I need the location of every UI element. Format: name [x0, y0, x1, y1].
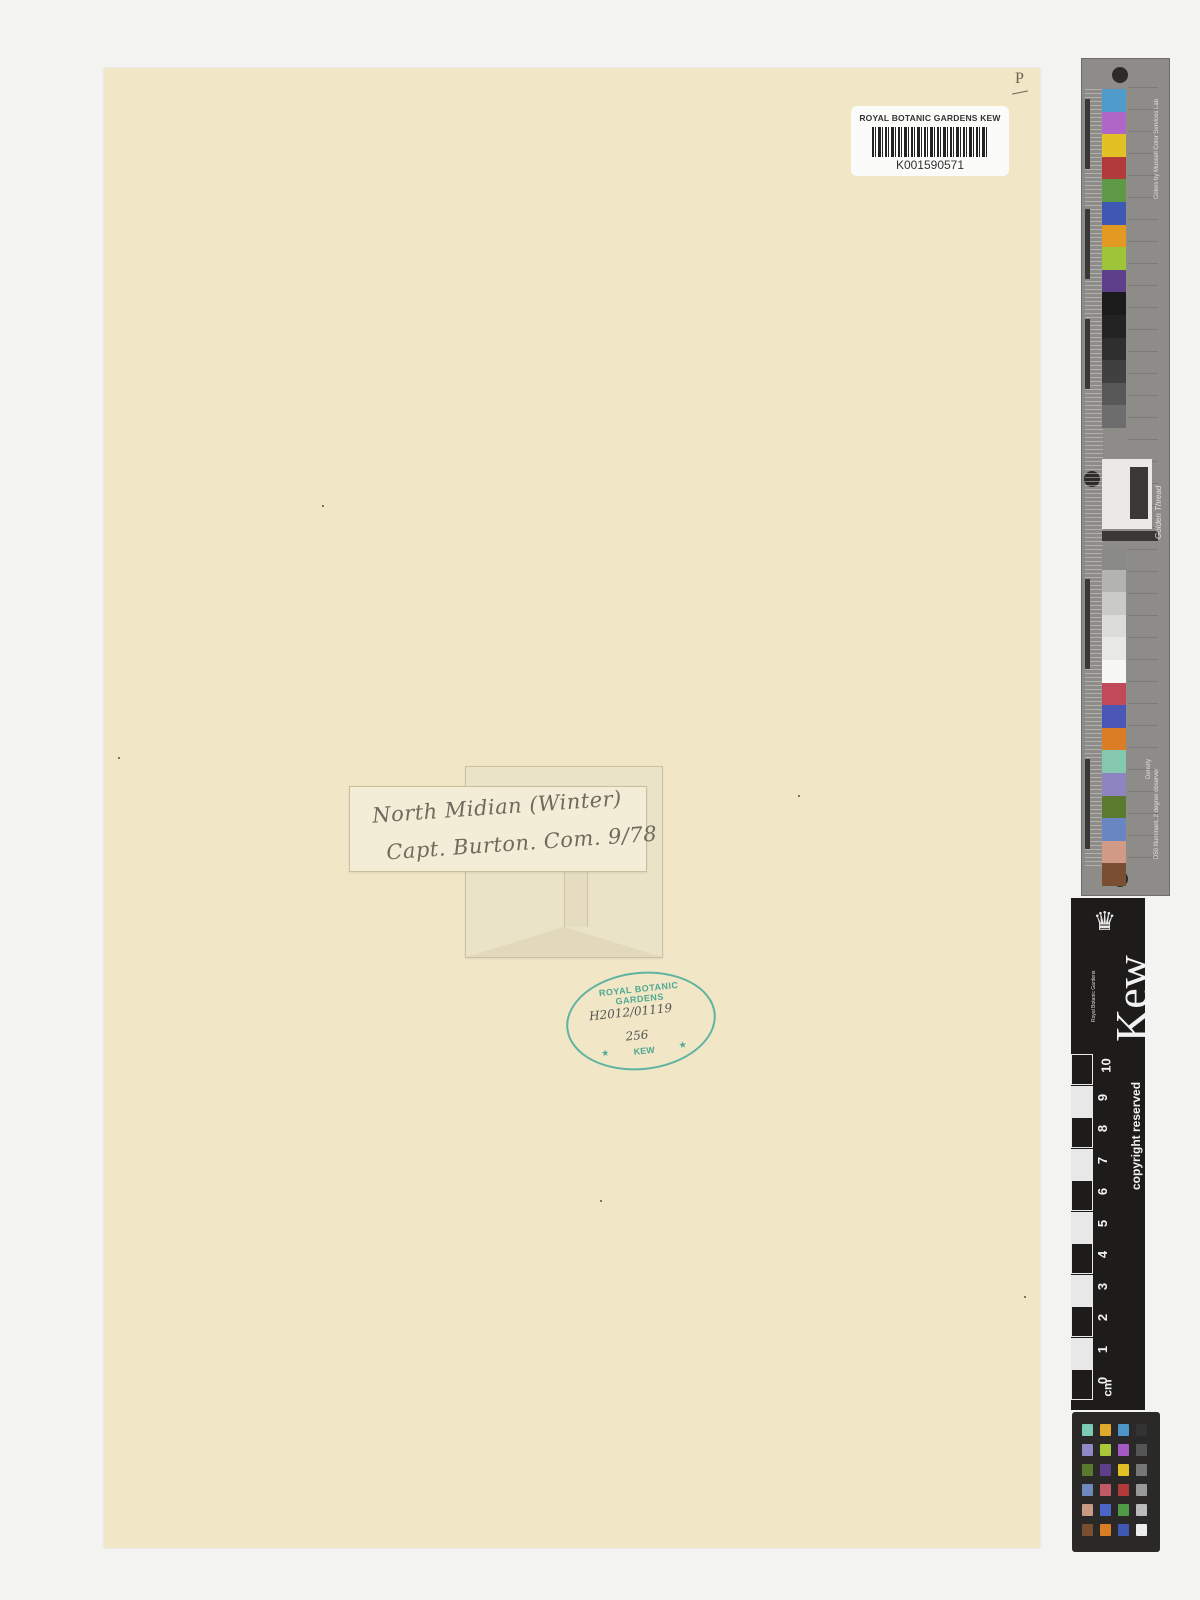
color-calibration-bar: Colors by Munsell Color Services Lab Gol…: [1081, 58, 1170, 896]
color-swatch: [1102, 750, 1126, 773]
black-bar: [1102, 531, 1158, 541]
barcode-label: ROYAL BOTANIC GARDENS KEW K001590571: [851, 106, 1009, 176]
scale-segment: [1071, 1117, 1093, 1148]
scale-segment: [1071, 1369, 1093, 1400]
scale-number: 6: [1095, 1188, 1110, 1195]
paper-speck: [798, 795, 800, 797]
corner-mark: P: [1015, 70, 1024, 88]
paper-speck: [600, 1200, 602, 1202]
ruler-segment: [1085, 319, 1090, 389]
kew-subtext: Royal Botanic Gardens: [1091, 971, 1097, 1022]
ruler-segment: [1085, 99, 1090, 169]
checker-patch: [1100, 1464, 1111, 1476]
color-swatch: [1102, 338, 1126, 361]
checker-patch: [1100, 1504, 1111, 1516]
paper-speck: [118, 757, 120, 759]
envelope-flap-right: [564, 927, 662, 957]
color-swatch: [1102, 863, 1126, 886]
color-swatch: [1102, 157, 1126, 180]
paper-speck: [322, 505, 324, 507]
caption-density: Density: [1146, 759, 1152, 779]
checker-patch: [1118, 1524, 1129, 1536]
scale-segment: [1071, 1243, 1093, 1274]
color-swatch: [1102, 570, 1126, 593]
color-swatch: [1102, 360, 1126, 383]
scale-number: 5: [1095, 1219, 1110, 1226]
color-swatch: [1102, 615, 1126, 638]
checker-patch: [1082, 1444, 1093, 1456]
color-swatch: [1102, 683, 1126, 706]
checker-patch: [1118, 1504, 1129, 1516]
checker-patch: [1136, 1524, 1147, 1536]
checker-patch: [1082, 1504, 1093, 1516]
scale-number: 9: [1095, 1093, 1110, 1100]
barcode-number: K001590571: [851, 158, 1009, 172]
scale-segment: [1071, 1149, 1093, 1180]
field-label-locality: North Midian (Winter): [371, 786, 622, 827]
scale-segment: [1071, 1275, 1093, 1306]
color-swatch: [1102, 202, 1126, 225]
crest-icon: ♛: [1093, 906, 1116, 937]
scale-segment: [1071, 1180, 1093, 1211]
scale-segment: [1071, 1054, 1093, 1085]
color-swatch: [1102, 179, 1126, 202]
field-label: North Midian (Winter) Capt. Burton. Com.…: [349, 786, 647, 872]
stamp-sheet-number: 256: [625, 1027, 649, 1043]
color-swatch: [1102, 728, 1126, 751]
color-swatch: [1102, 547, 1126, 570]
checker-patch: [1118, 1424, 1129, 1436]
checker-patch: [1136, 1444, 1147, 1456]
color-swatch: [1102, 818, 1126, 841]
checker-patch: [1136, 1504, 1147, 1516]
checker-patch: [1136, 1484, 1147, 1496]
caption-illuminant: D50 Illuminant, 2 degree observer: [1154, 769, 1160, 859]
scale-number: 0: [1095, 1377, 1110, 1384]
scale-segment: [1071, 1306, 1093, 1337]
scale-number: 3: [1095, 1282, 1110, 1289]
color-swatch: [1102, 270, 1126, 293]
scale-segment: [1071, 1212, 1093, 1243]
checker-patch: [1136, 1424, 1147, 1436]
checker-patch: [1118, 1444, 1129, 1456]
checker-patch: [1082, 1424, 1093, 1436]
color-swatch: [1102, 315, 1126, 338]
scale-segment: [1071, 1338, 1093, 1369]
scale-number: 8: [1095, 1125, 1110, 1132]
checker-patch: [1082, 1464, 1093, 1476]
paper-speck: [1024, 1296, 1026, 1298]
scale-number: 2: [1095, 1314, 1110, 1321]
color-swatch: [1102, 841, 1126, 864]
copyright-text: copyright reserved: [1129, 1082, 1143, 1190]
checker-patch: [1100, 1484, 1111, 1496]
checker-patch: [1100, 1424, 1111, 1436]
ruler-segment: [1085, 579, 1090, 669]
checker-patch: [1118, 1484, 1129, 1496]
color-swatch: [1102, 247, 1126, 270]
caption-munsell: Colors by Munsell Color Services Lab: [1154, 99, 1160, 199]
scale-number: 1: [1095, 1345, 1110, 1352]
color-swatch: [1102, 89, 1126, 112]
checker-patch: [1082, 1524, 1093, 1536]
mini-color-checker: [1072, 1412, 1160, 1552]
color-swatch: [1102, 405, 1126, 428]
color-swatch: [1102, 292, 1126, 315]
barcode-icon: [872, 127, 988, 157]
color-swatch: [1102, 660, 1126, 683]
checker-patch: [1100, 1524, 1111, 1536]
ruler-segment: [1085, 209, 1090, 279]
color-swatch: [1102, 637, 1126, 660]
color-swatch: [1102, 773, 1126, 796]
star-icon: ★: [678, 1039, 687, 1051]
checker-patch: [1136, 1464, 1147, 1476]
checker-patch: [1082, 1484, 1093, 1496]
bar-hole-icon: [1112, 67, 1128, 83]
checker-patch: [1118, 1464, 1129, 1476]
envelope-flap-left: [466, 927, 564, 957]
ruler-segment: [1085, 759, 1090, 849]
barcode-institution: ROYAL BOTANIC GARDENS KEW: [851, 113, 1009, 123]
inch-ruler: [1085, 89, 1103, 869]
color-swatch: [1102, 592, 1126, 615]
scale-segment: [1071, 1086, 1093, 1117]
kew-scale-bar: ♛ Royal Botanic Gardens Kew copyright re…: [1071, 898, 1145, 1410]
color-swatch: [1102, 225, 1126, 248]
scale-number: 10: [1099, 1058, 1114, 1072]
color-swatch: [1102, 383, 1126, 406]
color-swatch: [1102, 134, 1126, 157]
field-label-collector: Capt. Burton. Com. 9/78: [385, 822, 657, 865]
color-swatch: [1102, 112, 1126, 135]
checker-patch: [1100, 1444, 1111, 1456]
kew-logo: Kew: [1105, 955, 1158, 1042]
caption-golden-thread: Golden Thread: [1154, 486, 1163, 539]
color-swatch: [1102, 796, 1126, 819]
resolution-target-wedge: [1130, 467, 1148, 519]
cm-scale: [1071, 1054, 1093, 1379]
scale-number: 7: [1095, 1156, 1110, 1163]
color-swatch: [1102, 705, 1126, 728]
scale-number: 4: [1095, 1251, 1110, 1258]
